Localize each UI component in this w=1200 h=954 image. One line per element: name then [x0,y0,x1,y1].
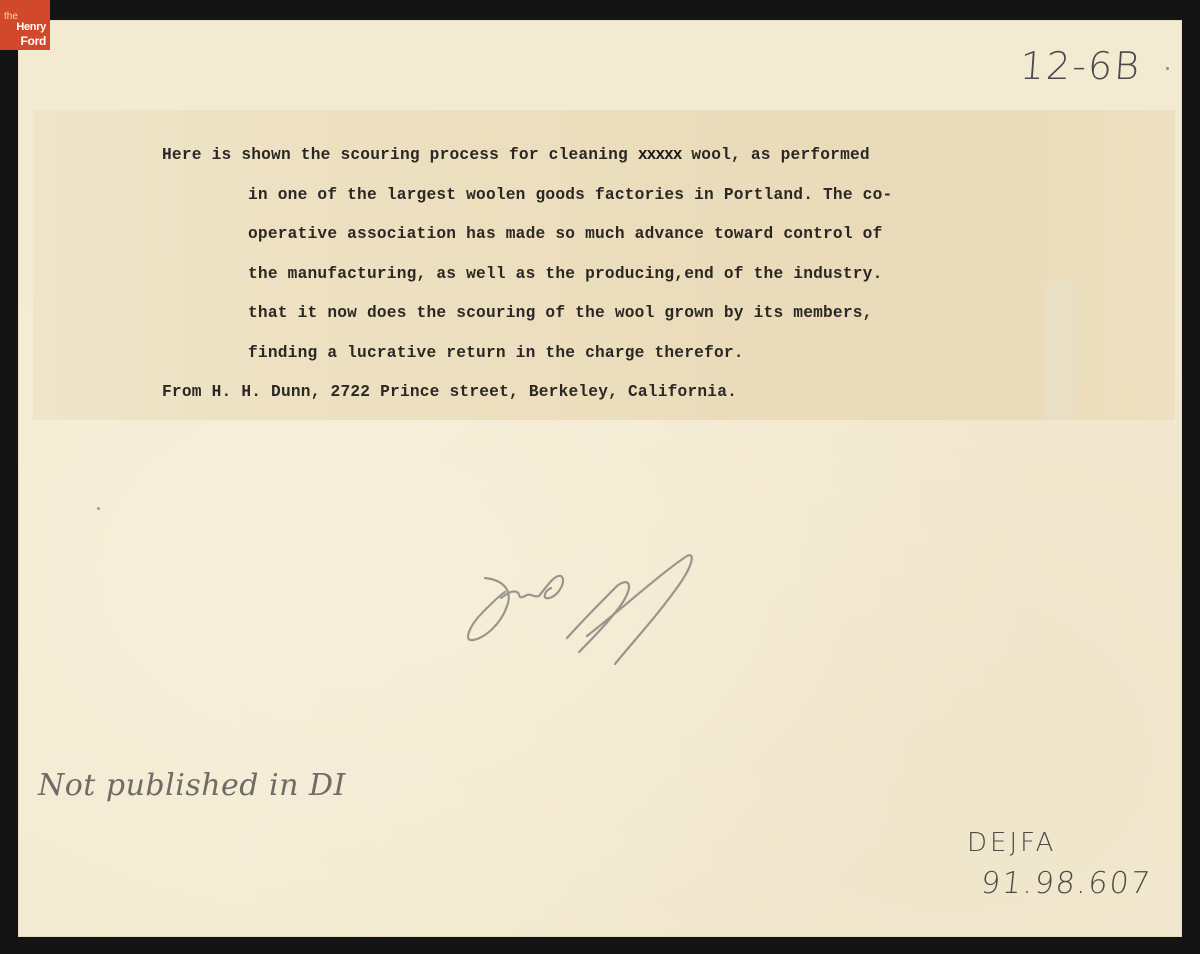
caption-line-1: Here is shown the scouring process for c… [162,143,892,183]
caption-line-1-start: Here is shown the scouring process for c… [162,146,638,164]
paper-speck [97,507,100,510]
typed-caption: Here is shown the scouring process for c… [162,143,892,420]
caption-credit-line: From H. H. Dunn, 2722 Prince street, Ber… [162,380,892,420]
accession-number: 91.98.607 [963,866,1153,901]
handwritten-note: Not published in DI [38,768,346,803]
pencil-dot [1166,67,1169,70]
caption-line-5: that it now does the scouring of the woo… [162,301,892,341]
caption-line-4: the manufacturing, as well as the produc… [162,262,892,302]
logo-ford: Ford [21,35,46,47]
pencil-signature [455,540,755,670]
caption-line-6: finding a lucrative return in the charge… [162,341,892,381]
accession-mark: DEJFA 91.98.607 [965,828,1152,901]
logo-henry: Henry [16,22,46,33]
collection-code: DEJFA [965,828,1152,858]
catalog-number: 12-6B [1018,44,1142,88]
faded-stamp-mark [1045,280,1075,420]
caption-line-3: operative association has made so much a… [162,222,892,262]
caption-line-1-end: wool, as performed [681,146,869,164]
caption-line-2: in one of the largest woolen goods facto… [162,183,892,223]
struck-out-word: xxxxx [638,146,682,164]
henry-ford-logo: the Henry Ford [0,0,50,50]
